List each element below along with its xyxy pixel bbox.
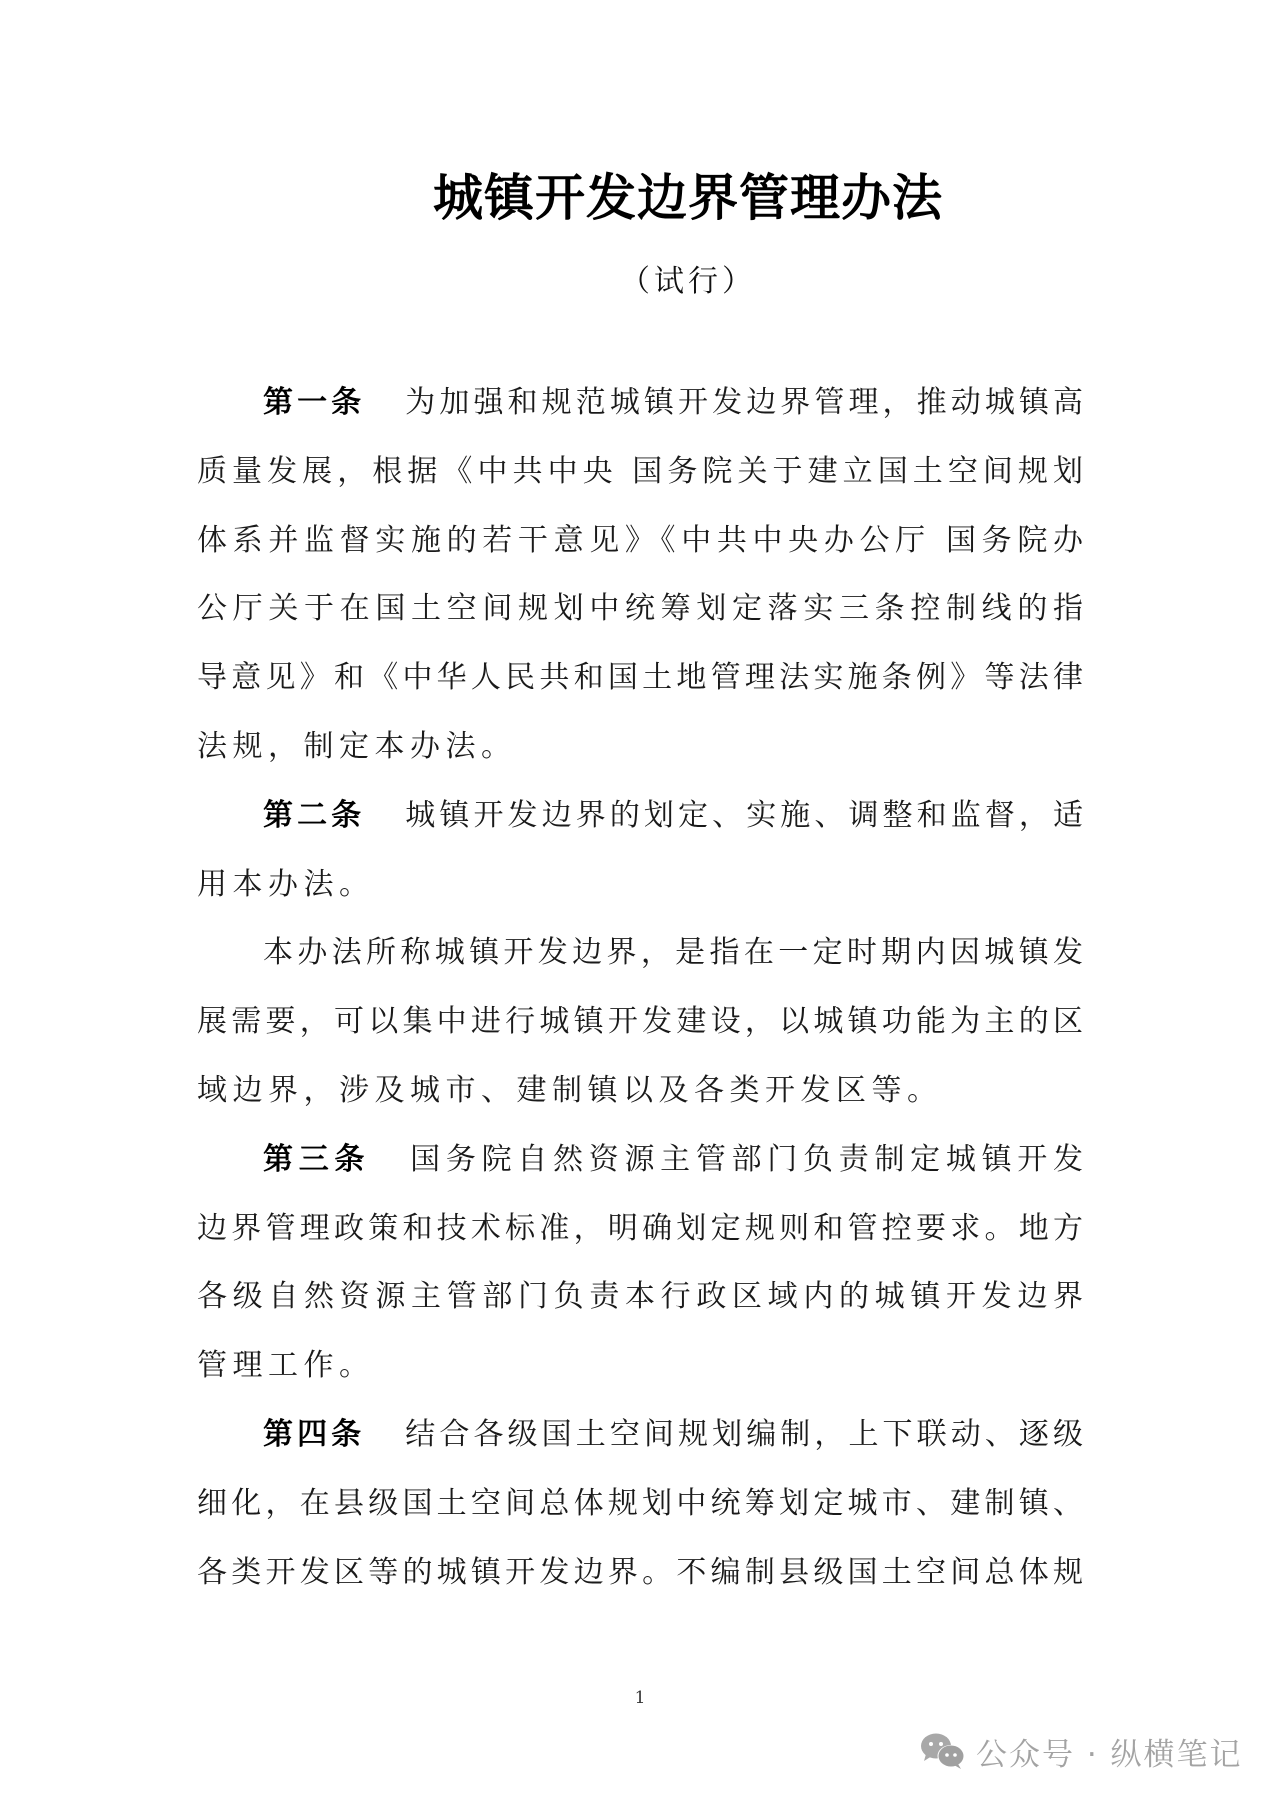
article-line: 导意见》和《中华人民共和国土地管理法实施条例》等法律: [197, 653, 1083, 722]
article-text: 为加强和规范城镇开发边界管理，推动城镇高: [405, 385, 1083, 420]
article-label: 第四条: [263, 1417, 365, 1452]
watermark: 公众号 · 纵横笔记: [920, 1732, 1243, 1770]
article-text: 国务院自然资源主管部门负责制定城镇开发: [410, 1142, 1083, 1177]
article-line: 第一条为加强和规范城镇开发边界管理，推动城镇高: [197, 378, 1083, 447]
watermark-text: 公众号 · 纵横笔记: [976, 1729, 1243, 1774]
document-subtitle: （试行）: [0, 262, 1280, 302]
article-line: 各级自然资源主管部门负责本行政区域内的城镇开发边界: [197, 1272, 1083, 1341]
wechat-icon: [920, 1732, 966, 1770]
document-title: 城镇开发边界管理办法: [0, 168, 1280, 228]
article-1: 第一条为加强和规范城镇开发边界管理，推动城镇高 质量发展，根据《中共中央 国务院…: [197, 378, 1083, 791]
article-text: 结合各级国土空间规划编制，上下联动、逐级: [405, 1417, 1083, 1452]
page-number: 1: [0, 1688, 1280, 1708]
article-label: 第一条: [263, 385, 365, 420]
article-line: 用本办法。: [197, 860, 1083, 929]
article-line: 细化，在县级国土空间总体规划中统筹划定城市、建制镇、: [197, 1479, 1083, 1548]
article-4: 第四条结合各级国土空间规划编制，上下联动、逐级 细化，在县级国土空间总体规划中统…: [197, 1410, 1083, 1616]
article-3: 第三条国务院自然资源主管部门负责制定城镇开发 边界管理政策和技术标准，明确划定规…: [197, 1135, 1083, 1410]
article-line: 第四条结合各级国土空间规划编制，上下联动、逐级: [197, 1410, 1083, 1479]
document-body: 第一条为加强和规范城镇开发边界管理，推动城镇高 质量发展，根据《中共中央 国务院…: [197, 378, 1083, 1616]
article-line: 管理工作。: [197, 1341, 1083, 1410]
article-line: 各类开发区等的城镇开发边界。不编制县级国土空间总体规: [197, 1548, 1083, 1617]
article-line: 第三条国务院自然资源主管部门负责制定城镇开发: [197, 1135, 1083, 1204]
article-text: 城镇开发边界的划定、实施、调整和监督，适: [405, 798, 1083, 833]
article-line: 域边界，涉及城市、建制镇以及各类开发区等。: [197, 1066, 1083, 1135]
article-2: 第二条城镇开发边界的划定、实施、调整和监督，适 用本办法。: [197, 791, 1083, 929]
article-label: 第二条: [263, 798, 365, 833]
article-line: 体系并监督实施的若干意见》《中共中央办公厅 国务院办: [197, 516, 1083, 585]
article-line: 质量发展，根据《中共中央 国务院关于建立国土空间规划: [197, 447, 1083, 516]
article-label: 第三条: [263, 1142, 370, 1177]
document-page: 城镇开发边界管理办法 （试行） 第一条为加强和规范城镇开发边界管理，推动城镇高 …: [0, 0, 1280, 1811]
article-line: 展需要，可以集中进行城镇开发建设，以城镇功能为主的区: [197, 997, 1083, 1066]
article-line: 第二条城镇开发边界的划定、实施、调整和监督，适: [197, 791, 1083, 860]
article-line: 边界管理政策和技术标准，明确划定规则和管控要求。地方: [197, 1204, 1083, 1273]
article-2-paragraph-2: 本办法所称城镇开发边界，是指在一定时期内因城镇发 展需要，可以集中进行城镇开发建…: [197, 928, 1083, 1134]
article-line: 本办法所称城镇开发边界，是指在一定时期内因城镇发: [197, 928, 1083, 997]
article-line: 法规，制定本办法。: [197, 722, 1083, 791]
article-line: 公厅关于在国土空间规划中统筹划定落实三条控制线的指: [197, 584, 1083, 653]
